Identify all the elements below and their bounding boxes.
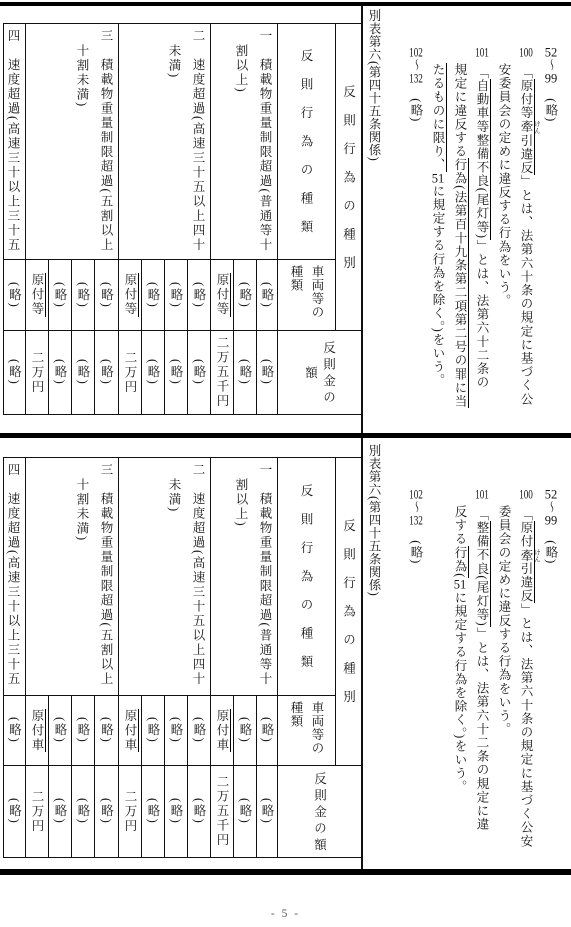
fine-amount-cell: 二万円 bbox=[26, 331, 48, 414]
fine-amount-cell: (略) bbox=[257, 331, 277, 414]
changed-text: 牽けん bbox=[519, 549, 535, 563]
header-fine-amount-text: 反則金の額 bbox=[302, 330, 338, 414]
vehicle-type-text: (略) bbox=[98, 260, 116, 330]
vehicle-type-text: 原付車 bbox=[28, 696, 46, 765]
fine-amount-cell: (略) bbox=[49, 331, 71, 414]
vehicle-type-text: 原付車 bbox=[213, 696, 231, 765]
vehicle-type-cell: 原付車 bbox=[211, 696, 233, 765]
fine-amount-cell: (略) bbox=[95, 766, 118, 857]
vehicle-type-cell: (略) bbox=[188, 260, 210, 330]
amendment-notes: 52〜99 (略)100 「原付等牽けん引違反」とは、法第六十条の規定に基づく公… bbox=[402, 46, 562, 428]
changed-text: 原付等 bbox=[30, 273, 46, 317]
vehicle-type-text: 原付等 bbox=[121, 260, 139, 330]
fine-amount-cell: (略) bbox=[234, 766, 256, 857]
page-number: - 5 - bbox=[0, 908, 571, 920]
vehicle-type-text: 原付等 bbox=[213, 260, 231, 330]
item-number: 132 bbox=[409, 514, 423, 527]
header-vehicle-kind-text: 車両等の 種類 bbox=[285, 259, 327, 330]
fine-amount-text: (略) bbox=[258, 766, 276, 857]
appendix-title: 別表第六(第四十五条関係) bbox=[364, 444, 384, 644]
fine-amount-text: (略) bbox=[6, 331, 24, 414]
fine-amount-text: (略) bbox=[144, 766, 162, 857]
item-number: 100 bbox=[519, 488, 533, 501]
fine-amount-text: (略) bbox=[51, 331, 69, 414]
changed-text: 行為( bbox=[453, 546, 469, 578]
fine-amount-text: (略) bbox=[236, 766, 254, 857]
header-fine-amount: 反則金の額 bbox=[277, 765, 362, 857]
item-number: 101 bbox=[475, 46, 489, 59]
separator-rule-top bbox=[0, 2, 571, 6]
header-violation-category: 反則行為の種別 bbox=[335, 457, 362, 765]
vehicle-type-text: 原付等 bbox=[28, 260, 46, 330]
vehicle-type-text: (略) bbox=[190, 260, 208, 330]
vehicle-type-text: (略) bbox=[258, 696, 276, 765]
vehicle-type-cell: (略) bbox=[72, 260, 94, 330]
header-violation-category: 反則行為の種別 bbox=[335, 23, 362, 330]
fine-amount-text: 二万五千円 bbox=[213, 766, 231, 857]
fine-amount-cell: (略) bbox=[49, 766, 71, 857]
vehicle-type-cell: 原付等 bbox=[119, 260, 141, 330]
note-item-3: 102〜132 (略) bbox=[405, 488, 427, 866]
vehicle-type-text: (略) bbox=[51, 260, 69, 330]
header-violation-category-text: 反則行為の種別 bbox=[340, 23, 358, 330]
vehicle-type-text: (略) bbox=[6, 260, 24, 330]
fine-amount-cell: (略) bbox=[188, 766, 210, 857]
vehicle-type-cell: (略) bbox=[72, 696, 94, 765]
violation-desc-cell-2: 三 積載物重量制限超過(五割以上 十割未満) bbox=[26, 458, 118, 695]
fine-amount-text: (略) bbox=[74, 331, 92, 414]
fine-amount-text: 二万五千円 bbox=[213, 331, 231, 414]
fine-amount-text: 二万円 bbox=[28, 766, 46, 857]
fine-amount-cell: (略) bbox=[165, 331, 187, 414]
note-item-2: 101 「整備不良(尾灯等)」とは、法第六十二条の規定に違 反する行為(51に規… bbox=[449, 488, 493, 866]
vehicle-type-text: (略) bbox=[258, 260, 276, 330]
violation-desc-cell-2: 三 積載物重量制限超過(五割以上 十割未満) bbox=[26, 24, 118, 259]
ruby-furigana: 牽けん bbox=[519, 120, 533, 134]
vehicle-type-cell: (略) bbox=[165, 260, 187, 330]
fine-amount-text: (略) bbox=[51, 766, 69, 857]
item-number: 52 bbox=[544, 46, 558, 59]
header-vehicle-kind-text: 車両等の 種類 bbox=[285, 695, 327, 765]
changed-text: 引違反 bbox=[519, 134, 535, 175]
header-violation-kind: 反則行為の種類 bbox=[277, 457, 335, 695]
vehicle-type-text: (略) bbox=[74, 696, 92, 765]
vehicle-type-text: (略) bbox=[236, 260, 254, 330]
header-vehicle-kind: 車両等の 種類 bbox=[277, 695, 335, 765]
fine-amount-cell: (略) bbox=[234, 331, 256, 414]
item-number: 99 bbox=[544, 514, 558, 527]
document-page: 別表第六(第四十五条関係) 52〜99 (略)100 「原付等牽けん引違反」とは… bbox=[0, 0, 571, 927]
fine-amount-cell: 二万五千円 bbox=[211, 766, 233, 857]
vehicle-type-cell: (略) bbox=[142, 696, 164, 765]
fine-amount-text: (略) bbox=[190, 331, 208, 414]
violation-desc-cell-3: 四 速度超過(高速三十以上三十五 bbox=[4, 24, 25, 259]
vehicle-type-text: (略) bbox=[167, 260, 185, 330]
changed-text: 引違反 bbox=[519, 562, 535, 603]
changed-text: 原付車 bbox=[30, 709, 46, 753]
changed-text: 原付車 bbox=[123, 709, 139, 753]
header-violation-kind-text: 反則行為の種類 bbox=[297, 457, 315, 695]
fine-amount-text: (略) bbox=[74, 766, 92, 857]
fine-amount-text: (略) bbox=[167, 766, 185, 857]
vehicle-type-text: (略) bbox=[167, 696, 185, 765]
vehicle-type-cell: (略) bbox=[49, 696, 71, 765]
item-number: 51 bbox=[431, 172, 445, 185]
violation-desc-cell-1: 二 速度超過(高速三十五以上四十 未満) bbox=[119, 24, 210, 259]
fine-amount-text: (略) bbox=[6, 766, 24, 857]
changed-text: 原付車 bbox=[215, 709, 231, 753]
fine-amount-text: 二万円 bbox=[121, 766, 139, 857]
fine-amount-cell: (略) bbox=[142, 766, 164, 857]
header-violation-kind-text: 反則行為の種類 bbox=[297, 23, 315, 259]
vehicle-type-cell: (略) bbox=[234, 260, 256, 330]
fine-amount-cell: (略) bbox=[142, 331, 164, 414]
header-vehicle-kind: 車両等の 種類 bbox=[277, 259, 335, 330]
separator-rule-bottom bbox=[0, 869, 571, 875]
item-number: 132 bbox=[409, 72, 423, 85]
separator-rule-middle bbox=[0, 433, 571, 438]
fine-amount-cell: 二万五千円 bbox=[211, 331, 233, 414]
vehicle-type-cell: (略) bbox=[188, 696, 210, 765]
fine-amount-cell: (略) bbox=[95, 331, 118, 414]
vehicle-type-cell: (略) bbox=[257, 696, 277, 765]
violation-desc-cell-1: 二 速度超過(高速三十五以上四十 未満) bbox=[119, 458, 210, 695]
vehicle-type-cell: (略) bbox=[142, 260, 164, 330]
fine-amount-text: (略) bbox=[167, 331, 185, 414]
note-item-2: 101 「自動車等整備不良(尾灯等)」とは、法第六十二条の 規定に違反する行為(… bbox=[427, 46, 493, 428]
fine-amount-cell: 二万円 bbox=[119, 766, 141, 857]
note-item-0: 52〜99 (略) bbox=[540, 488, 562, 866]
vehicle-type-text: (略) bbox=[190, 696, 208, 765]
vehicle-type-cell: (略) bbox=[4, 260, 25, 330]
vehicle-type-cell: (略) bbox=[95, 260, 118, 330]
changed-text: 牽けん bbox=[519, 120, 535, 134]
header-fine-amount: 反則金の額 bbox=[277, 330, 362, 414]
changed-text: 原付等 bbox=[519, 79, 535, 120]
item-number: 102 bbox=[409, 46, 423, 59]
fine-amount-cell: (略) bbox=[72, 331, 94, 414]
vehicle-type-cell: 原付等 bbox=[26, 260, 48, 330]
table-border bbox=[3, 414, 362, 415]
fine-amount-text: 二万円 bbox=[121, 331, 139, 414]
fine-amount-cell: (略) bbox=[4, 766, 25, 857]
violation-desc-cell-0: 一 積載物重量制限超過(普通等十 割以上) bbox=[211, 458, 277, 695]
vehicle-type-cell: (略) bbox=[49, 260, 71, 330]
table-border bbox=[3, 857, 362, 858]
vehicle-type-cell: 原付等 bbox=[211, 260, 233, 330]
note-item-0: 52〜99 (略) bbox=[540, 46, 562, 428]
vehicle-type-text: (略) bbox=[98, 696, 116, 765]
vehicle-type-cell: (略) bbox=[95, 696, 118, 765]
fine-amount-cell: (略) bbox=[165, 766, 187, 857]
item-number: 100 bbox=[519, 46, 533, 59]
fine-amount-text: (略) bbox=[190, 766, 208, 857]
item-number: 99 bbox=[544, 72, 558, 85]
fine-amount-cell: (略) bbox=[4, 331, 25, 414]
vehicle-type-cell: (略) bbox=[165, 696, 187, 765]
changed-text: 原付等 bbox=[215, 273, 231, 317]
fine-amount-text: (略) bbox=[98, 766, 116, 857]
item-number: 102 bbox=[409, 488, 423, 501]
vehicle-type-cell: (略) bbox=[234, 696, 256, 765]
amendment-notes: 52〜99 (略)100 「原付牽けん引違反」とは、法第六十条の規定に基づく公安… bbox=[402, 488, 562, 866]
header-violation-category-text: 反則行為の種別 bbox=[340, 457, 358, 765]
vehicle-type-text: (略) bbox=[74, 260, 92, 330]
header-fine-amount-text: 反則金の額 bbox=[311, 765, 329, 857]
fine-amount-text: (略) bbox=[258, 331, 276, 414]
vehicle-type-text: (略) bbox=[236, 696, 254, 765]
vehicle-type-text: (略) bbox=[51, 696, 69, 765]
note-item-1: 100 「原付牽けん引違反」とは、法第六十条の規定に基づく公安 委員会の定めに違… bbox=[493, 488, 540, 866]
vehicle-type-cell: 原付車 bbox=[26, 696, 48, 765]
changed-text: 整備不良(尾灯等) bbox=[475, 521, 491, 627]
changed-text: 行為(法第百十九条第二項第二号の罪に当 たるものに限り、 bbox=[431, 63, 469, 408]
vehicle-type-text: (略) bbox=[6, 696, 24, 765]
note-item-1: 100 「原付等牽けん引違反」とは、法第六十条の規定に基づく公 安委員会の定めに… bbox=[493, 46, 540, 428]
vehicle-type-cell: (略) bbox=[4, 696, 25, 765]
note-item-3: 102〜132 (略) bbox=[405, 46, 427, 428]
vehicle-type-text: 原付車 bbox=[121, 696, 139, 765]
fine-amount-cell: 二万円 bbox=[119, 331, 141, 414]
changed-text: 原付等 bbox=[123, 273, 139, 317]
fine-amount-text: (略) bbox=[144, 331, 162, 414]
fine-amount-text: 二万円 bbox=[28, 331, 46, 414]
vehicle-type-text: (略) bbox=[144, 260, 162, 330]
header-violation-kind: 反則行為の種類 bbox=[277, 23, 335, 259]
vehicle-type-text: (略) bbox=[144, 696, 162, 765]
vehicle-type-cell: 原付車 bbox=[119, 696, 141, 765]
fine-amount-cell: (略) bbox=[257, 766, 277, 857]
fine-amount-text: (略) bbox=[98, 331, 116, 414]
fine-amount-cell: 二万円 bbox=[26, 766, 48, 857]
violation-desc-cell-3: 四 速度超過(高速三十以上三十五 bbox=[4, 458, 25, 695]
changed-text: 原付 bbox=[519, 521, 535, 548]
violation-desc-cell-0: 一 積載物重量制限超過(普通等十 割以上) bbox=[211, 24, 277, 259]
item-number: 52 bbox=[544, 488, 558, 501]
ruby-furigana: 牽けん bbox=[519, 549, 533, 563]
item-number: 51 bbox=[453, 578, 467, 591]
changed-text: 自動車等整備不良(尾灯等) bbox=[475, 79, 491, 239]
item-number: 101 bbox=[475, 488, 489, 501]
fine-amount-text: (略) bbox=[236, 331, 254, 414]
fine-amount-cell: (略) bbox=[188, 331, 210, 414]
appendix-title: 別表第六(第四十五条関係) bbox=[364, 9, 384, 209]
fine-amount-cell: (略) bbox=[72, 766, 94, 857]
vehicle-type-cell: (略) bbox=[257, 260, 277, 330]
